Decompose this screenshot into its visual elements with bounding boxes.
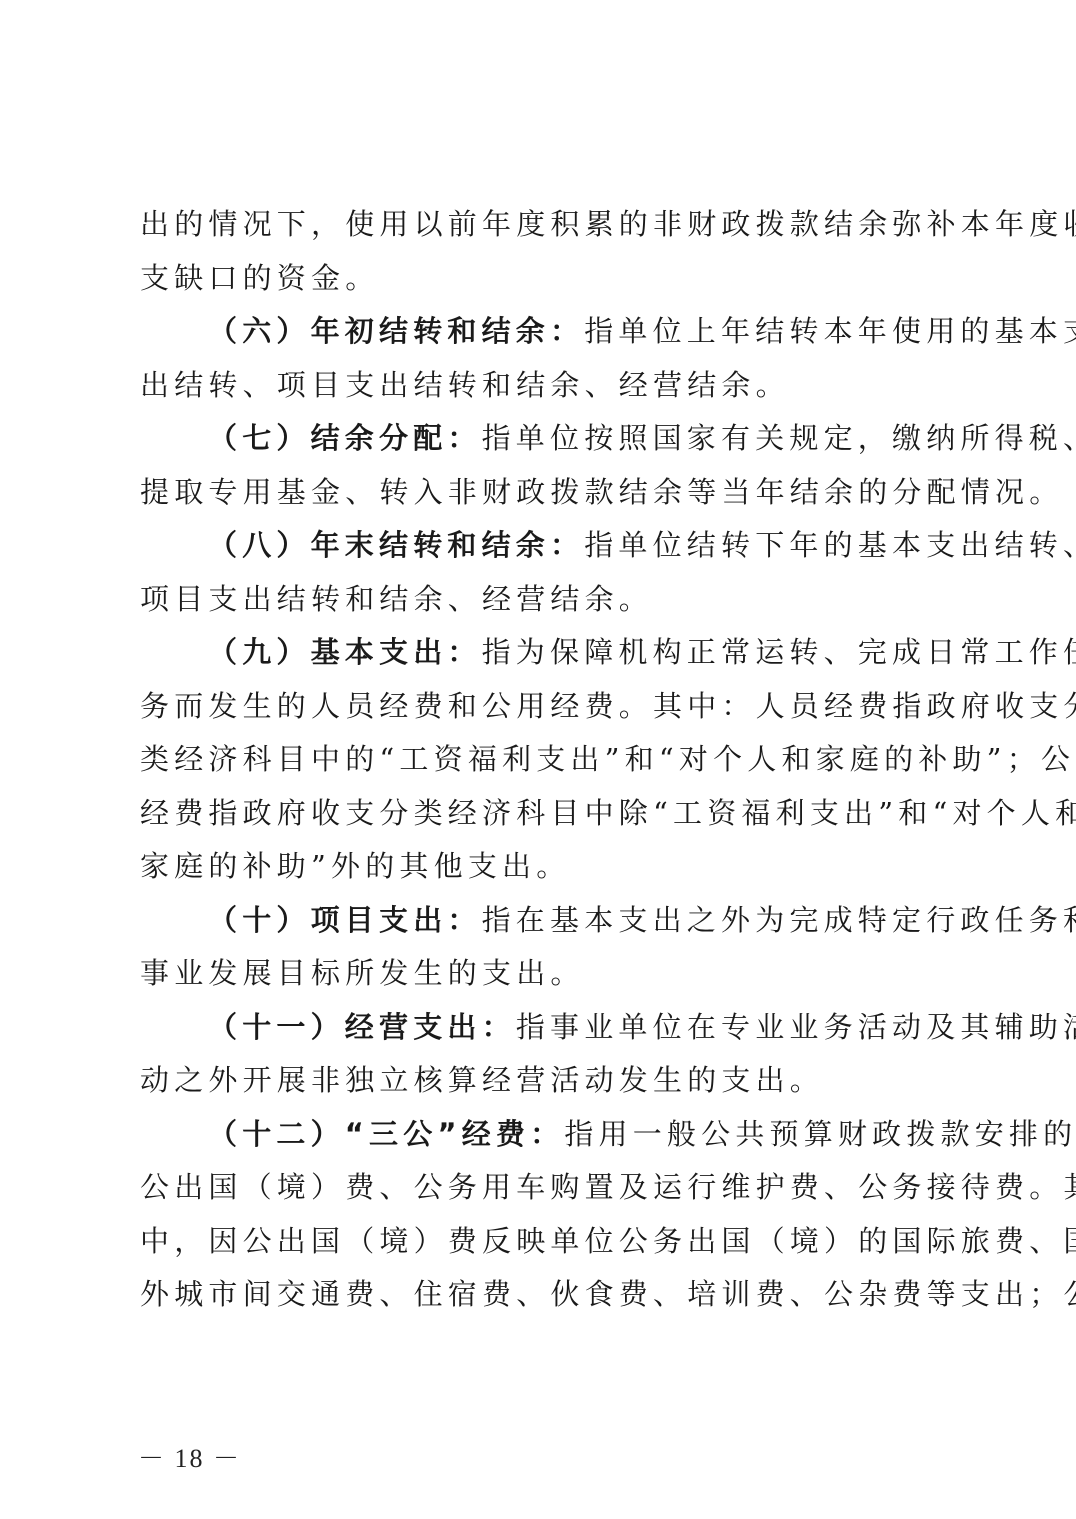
section-heading-line: （七）结余分配：指单位按照国家有关规定，缴纳所得税、 <box>140 412 937 466</box>
text-line: 项目支出结转和结余、经营结余。 <box>140 573 937 627</box>
line-text: 项目支出结转和结余、经营结余。 <box>140 582 653 616</box>
line-text: 指为保障机构正常运转、完成日常工作任 <box>482 635 1076 669</box>
line-text: 支缺口的资金。 <box>140 261 379 295</box>
line-text: 中，因公出国（境）费反映单位公务出国（境）的国际旅费、国 <box>140 1224 1076 1258</box>
section-term: （十一）经营支出： <box>208 1010 516 1044</box>
section-heading-line: （六）年初结转和结余：指单位上年结转本年使用的基本支 <box>140 305 937 359</box>
section-heading-line: （九）基本支出：指为保障机构正常运转、完成日常工作任 <box>140 626 937 680</box>
text-line: 动之外开展非独立核算经营活动发生的支出。 <box>140 1054 937 1108</box>
line-text: 指单位结转下年的基本支出结转、 <box>584 528 1076 562</box>
text-line: 出结转、项目支出结转和结余、经营结余。 <box>140 359 937 413</box>
line-text: 公出国（境）费、公务用车购置及运行维护费、公务接待费。其 <box>140 1170 1076 1204</box>
section-term: （六）年初结转和结余： <box>208 314 584 348</box>
document-body: 出的情况下，使用以前年度积累的非财政拨款结余弥补本年度收 支缺口的资金。 （六）… <box>140 198 940 1322</box>
text-line: 支缺口的资金。 <box>140 252 937 306</box>
section-term: （九）基本支出： <box>208 635 482 669</box>
text-line: 类经济科目中的“工资福利支出”和“对个人和家庭的补助”；公用 <box>140 733 937 787</box>
text-line: 公出国（境）费、公务用车购置及运行维护费、公务接待费。其 <box>140 1161 937 1215</box>
text-line: 经费指政府收支分类经济科目中除“工资福利支出”和“对个人和 <box>140 787 937 841</box>
section-heading-line: （八）年末结转和结余：指单位结转下年的基本支出结转、 <box>140 519 937 573</box>
line-text: 指在基本支出之外为完成特定行政任务和 <box>482 903 1076 937</box>
line-text: 动之外开展非独立核算经营活动发生的支出。 <box>140 1063 824 1097</box>
line-text: 指用一般公共预算财政拨款安排的因 <box>564 1117 1076 1151</box>
section-term: （十）项目支出： <box>208 903 482 937</box>
section-term: （七）结余分配： <box>208 421 482 455</box>
section-heading-line: （十）项目支出：指在基本支出之外为完成特定行政任务和 <box>140 894 937 948</box>
line-text: 务而发生的人员经费和公用经费。其中：人员经费指政府收支分 <box>140 689 1076 723</box>
line-text: 提取专用基金、转入非财政拨款结余等当年结余的分配情况。 <box>140 475 1063 509</box>
text-line: 务而发生的人员经费和公用经费。其中：人员经费指政府收支分 <box>140 680 937 734</box>
line-text: 经费指政府收支分类经济科目中除“工资福利支出”和“对个人和 <box>140 796 1076 830</box>
line-text: 事业发展目标所发生的支出。 <box>140 956 585 990</box>
text-line: 中，因公出国（境）费反映单位公务出国（境）的国际旅费、国 <box>140 1215 937 1269</box>
section-term: （八）年末结转和结余： <box>208 528 584 562</box>
section-heading-line: （十二）“三公”经费：指用一般公共预算财政拨款安排的因 <box>140 1108 937 1162</box>
line-text: 外城市间交通费、住宿费、伙食费、培训费、公杂费等支出；公 <box>140 1277 1076 1311</box>
text-line: 事业发展目标所发生的支出。 <box>140 947 937 1001</box>
text-line: 出的情况下，使用以前年度积累的非财政拨款结余弥补本年度收 <box>140 198 937 252</box>
text-line: 家庭的补助”外的其他支出。 <box>140 840 937 894</box>
line-text: 家庭的补助”外的其他支出。 <box>140 849 570 883</box>
line-text: 出的情况下，使用以前年度积累的非财政拨款结余弥补本年度收 <box>140 207 1076 241</box>
section-term: （十二）“三公”经费： <box>208 1117 564 1151</box>
line-text: 指单位按照国家有关规定，缴纳所得税、 <box>482 421 1076 455</box>
section-heading-line: （十一）经营支出：指事业单位在专业业务活动及其辅助活 <box>140 1001 937 1055</box>
line-text: 出结转、项目支出结转和结余、经营结余。 <box>140 368 790 402</box>
text-line: 外城市间交通费、住宿费、伙食费、培训费、公杂费等支出；公 <box>140 1268 937 1322</box>
text-line: 提取专用基金、转入非财政拨款结余等当年结余的分配情况。 <box>140 466 937 520</box>
page-number: － 18 － <box>138 1438 241 1475</box>
line-text: 指单位上年结转本年使用的基本支 <box>584 314 1076 348</box>
line-text: 指事业单位在专业业务活动及其辅助活 <box>516 1010 1076 1044</box>
line-text: 类经济科目中的“工资福利支出”和“对个人和家庭的补助”；公用 <box>140 742 1076 776</box>
